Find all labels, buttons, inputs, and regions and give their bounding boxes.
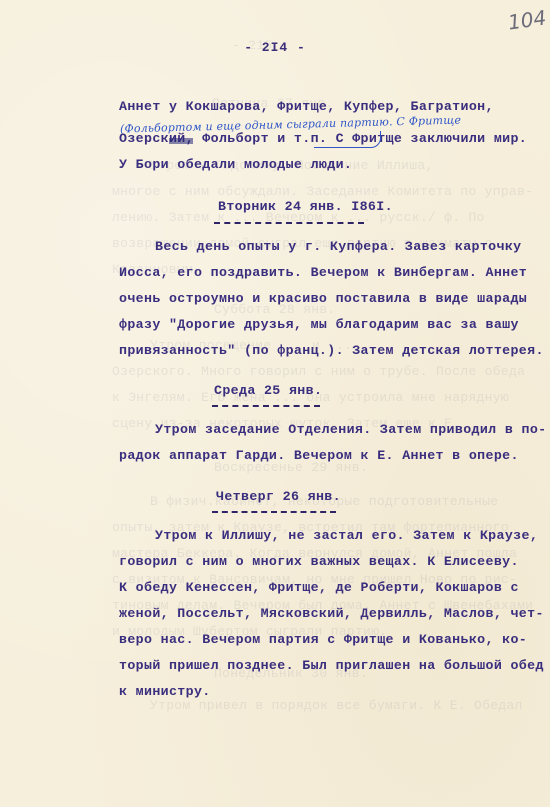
archive-folio-number: 104 <box>506 5 547 34</box>
text-line: веро нас. Вечером партия с Фритще и Кова… <box>119 632 527 647</box>
text-line: очень остроумно и красиво поставила в ви… <box>119 291 527 306</box>
handwritten-bracket-mark <box>314 131 381 148</box>
bleed-line: Озерского. Много говорил с ним о трубе. … <box>112 364 525 379</box>
text-line: торый пришел позднее. Был приглашен на б… <box>119 658 544 673</box>
text-line: К обеду Кенессен, Фритще, де Роберти, Ко… <box>119 580 519 595</box>
heading-underline <box>214 222 364 224</box>
document-page: - 215 - Пятница 27 янв. Утром к Гадолину… <box>0 0 550 807</box>
text-line: фразу "Дорогие друзья, мы благодарим вас… <box>119 317 519 332</box>
typed-strikeout-mark <box>169 138 193 144</box>
text-line: Весь день опыты у г. Купфера. Завез карт… <box>155 239 522 254</box>
page-number: - 2I4 - <box>0 40 550 55</box>
text-line: привязанность" (по франц.). Затем детска… <box>119 343 544 358</box>
bleed-line: Утром привел в порядок все бумаги. К Е. … <box>150 698 523 713</box>
text-line: женой, Поссельт, Мясковский, Дервилль, М… <box>119 606 544 621</box>
heading-underline <box>212 405 320 407</box>
heading-underline <box>212 511 336 513</box>
text-line: говорил с ним о многих важных вещах. К Е… <box>119 554 519 569</box>
bleed-line: многое с ним обсуждали. Заседание Комите… <box>112 184 533 199</box>
day-heading-thursday: Четверг 26 янв. <box>216 489 341 504</box>
text-line: Аннет у Кокшарова, Фритще, Купфер, Багра… <box>119 99 494 114</box>
day-heading-tuesday: Вторник 24 янв. I86I. <box>218 199 393 214</box>
text-line: Иосса, его поздравить. Вечером к Винберг… <box>119 265 527 280</box>
text-line: У Бори обедали молодые люди. <box>119 157 352 172</box>
day-heading-wednesday: Среда 25 янв. <box>214 383 322 398</box>
text-line: Утром заседание Отделения. Затем приводи… <box>155 422 546 437</box>
text-line: к министру. <box>119 684 211 699</box>
text-line: Утром к Иллишу, не застал его. Затем к К… <box>155 528 538 543</box>
text-line: радок аппарат Гарди. Вечером к Е. Аннет … <box>119 448 519 463</box>
